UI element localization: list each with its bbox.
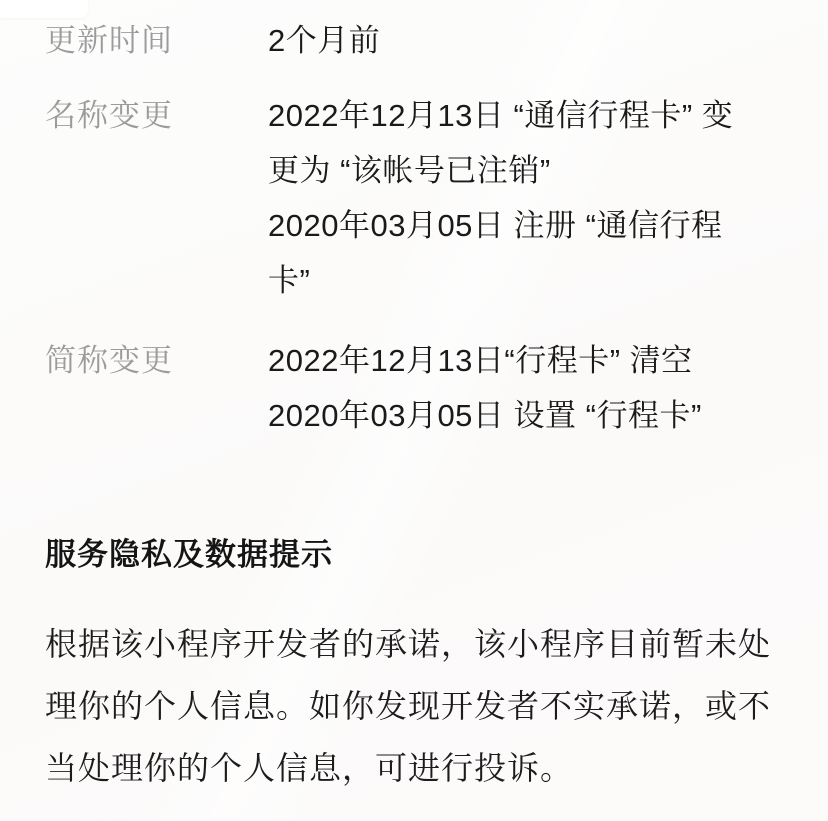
privacy-section-body: 根据该小程序开发者的承诺，该小程序目前暂未处理你的个人信息。如你发现开发者不实承… (45, 613, 800, 799)
info-row-name-change: 名称变更 2022年12月13日 “通信行程卡” 变更为 “该帐号已注销” 20… (45, 88, 790, 308)
update-time-label: 更新时间 (45, 13, 268, 68)
short-name-change-entry: 2020年03月05日 设置 “行程卡” (268, 388, 736, 443)
update-time-value: 2个月前 (268, 13, 736, 68)
short-name-change-label: 简称变更 (45, 333, 268, 388)
name-change-entry: 2022年12月13日 “通信行程卡” 变更为 “该帐号已注销” (268, 88, 736, 198)
short-name-change-entry: 2022年12月13日“行程卡” 清空 (268, 333, 736, 388)
name-change-value: 2022年12月13日 “通信行程卡” 变更为 “该帐号已注销” 2020年03… (268, 88, 736, 308)
info-row-short-name-change: 简称变更 2022年12月13日“行程卡” 清空 2020年03月05日 设置 … (45, 333, 790, 443)
privacy-section-title: 服务隐私及数据提示 (45, 533, 800, 577)
privacy-section: 服务隐私及数据提示 根据该小程序开发者的承诺，该小程序目前暂未处理你的个人信息。… (0, 533, 828, 799)
miniprogram-info-page: 更新时间 2个月前 名称变更 2022年12月13日 “通信行程卡” 变更为 “… (0, 0, 828, 821)
update-time-entry: 2个月前 (268, 13, 736, 68)
name-change-label: 名称变更 (45, 88, 268, 143)
info-row-update-time: 更新时间 2个月前 (45, 13, 790, 68)
name-change-entry: 2020年03月05日 注册 “通信行程卡” (268, 198, 736, 308)
account-info-table: 更新时间 2个月前 名称变更 2022年12月13日 “通信行程卡” 变更为 “… (0, 0, 828, 443)
short-name-change-value: 2022年12月13日“行程卡” 清空 2020年03月05日 设置 “行程卡” (268, 333, 736, 443)
